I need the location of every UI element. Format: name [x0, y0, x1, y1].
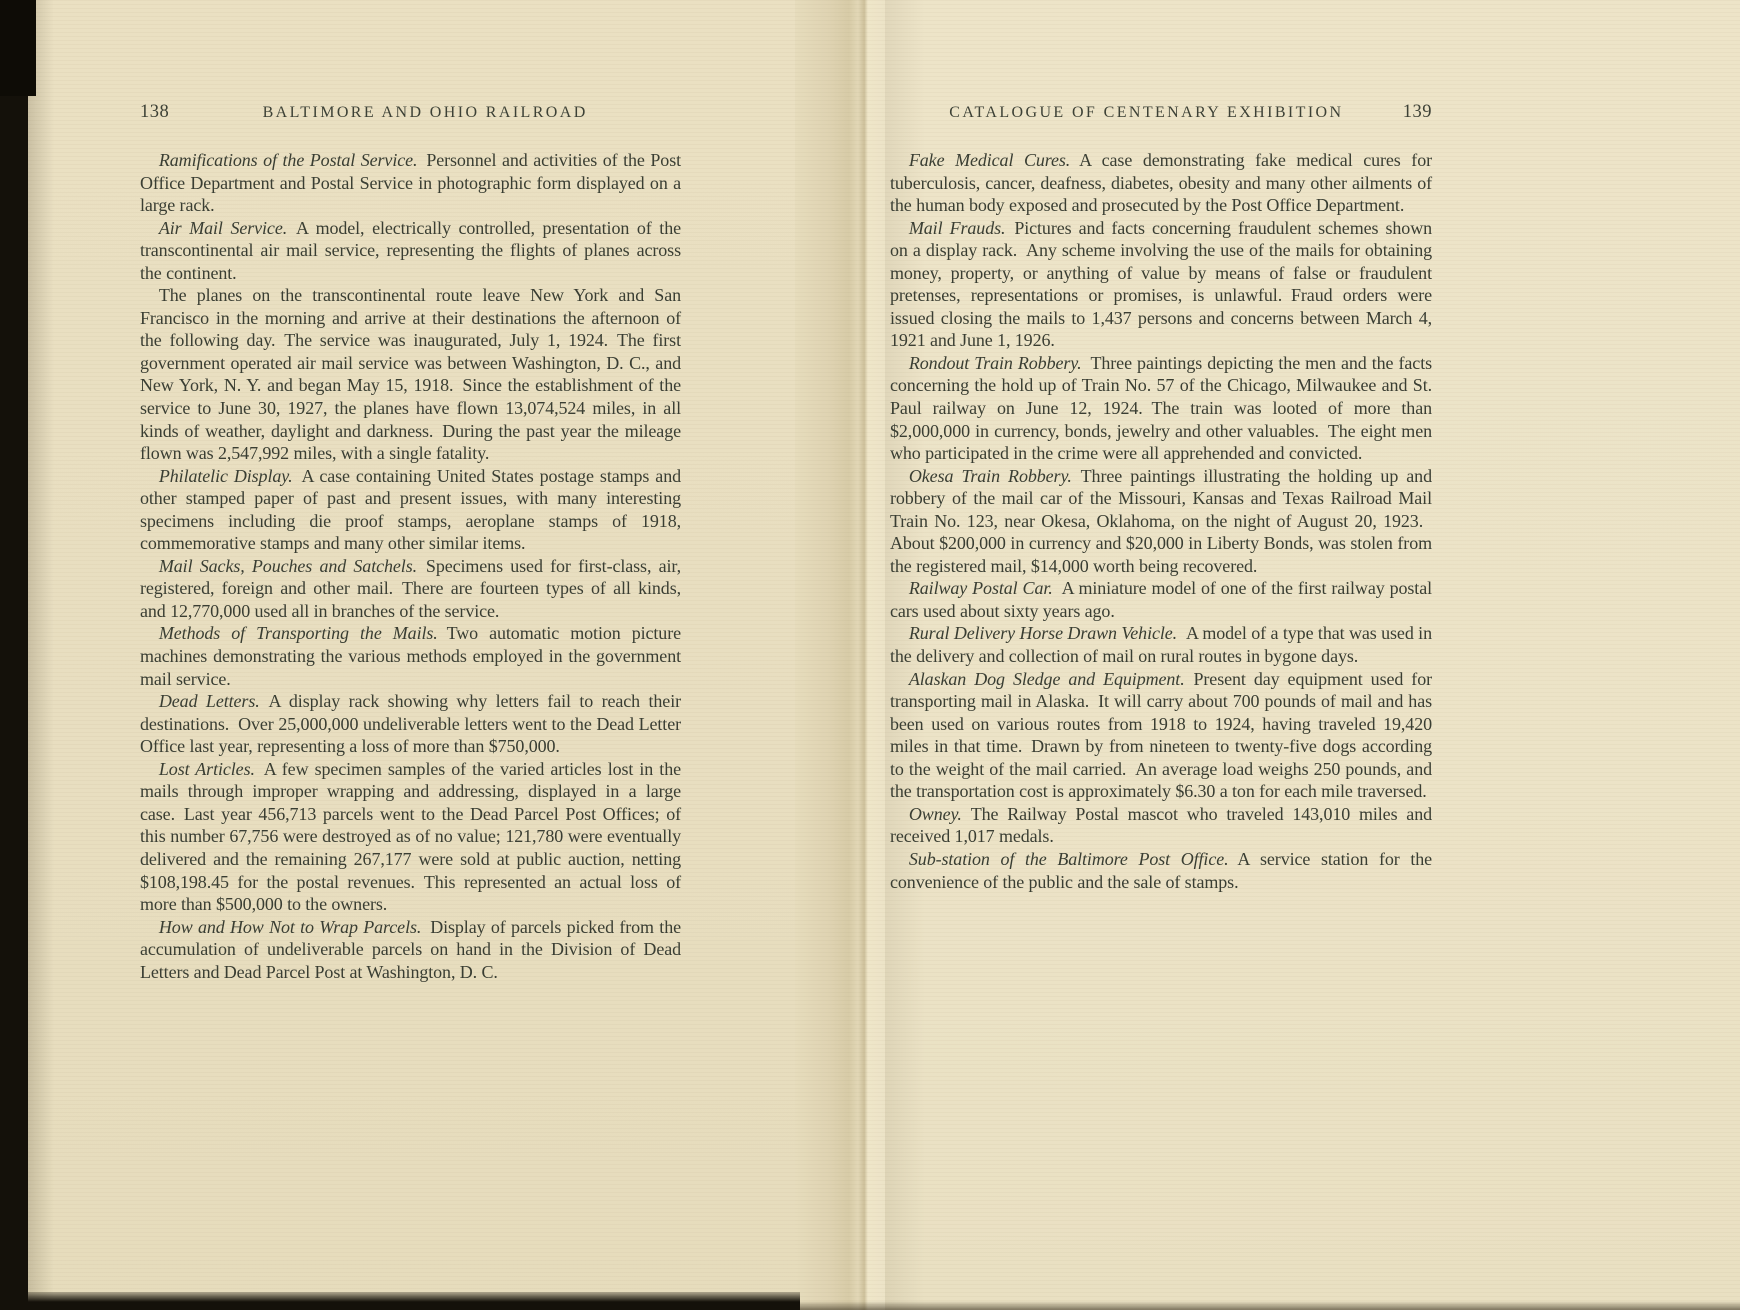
catalogue-entry: Lost Articles. A few specimen samples of… — [140, 758, 681, 916]
left-running-title: BALTIMORE AND OHIO RAILROAD — [169, 101, 681, 125]
catalogue-entry: Railway Postal Car. A miniature model of… — [890, 577, 1432, 622]
right-page-content: CATALOGUE OF CENTENARY EXHIBITION 139 Fa… — [890, 100, 1432, 893]
book-spread: 138 BALTIMORE AND OHIO RAILROAD Ramifica… — [0, 0, 1740, 1310]
entry-title: Dead Letters. — [159, 691, 260, 711]
entry-title: Rural Delivery Horse Drawn Vehicle. — [909, 623, 1177, 643]
scan-edge-top-left-corner — [0, 0, 36, 96]
scan-edge-left — [0, 0, 28, 1310]
catalogue-entry: Rural Delivery Horse Drawn Vehicle. A mo… — [890, 622, 1432, 667]
entry-title: Philatelic Display. — [159, 466, 293, 486]
entry-title: Alaskan Dog Sledge and Equipment. — [909, 669, 1185, 689]
catalogue-entry: Philatelic Display. A case containing Un… — [140, 465, 681, 555]
catalogue-entry: Sub-station of the Baltimore Post Office… — [890, 848, 1432, 893]
catalogue-entry: Owney. The Railway Postal mascot who tra… — [890, 803, 1432, 848]
entry-title: Ramifications of the Postal Service. — [159, 150, 418, 170]
left-page-content: 138 BALTIMORE AND OHIO RAILROAD Ramifica… — [140, 100, 681, 983]
page-gutter-fold — [795, 0, 885, 1310]
catalogue-entry: Mail Sacks, Pouches and Satchels. Specim… — [140, 555, 681, 623]
right-page-body: Fake Medical Cures. A case demonstrating… — [890, 149, 1432, 893]
entry-title: Sub-station of the Baltimore Post Office… — [909, 849, 1229, 869]
entry-title: How and How Not to Wrap Parcels. — [159, 917, 421, 937]
left-page-body: Ramifications of the Postal Service. Per… — [140, 149, 681, 983]
entry-title: Fake Medical Cures. — [909, 150, 1070, 170]
left-page-number: 138 — [140, 100, 169, 124]
catalogue-entry: Rondout Train Robbery. Three paintings d… — [890, 352, 1432, 465]
scan-edge-bottom-right — [800, 1301, 1740, 1310]
catalogue-entry: Methods of Transporting the Mails. Two a… — [140, 622, 681, 690]
entry-title: Rondout Train Robbery. — [909, 353, 1082, 373]
catalogue-entry: Fake Medical Cures. A case demonstrating… — [890, 149, 1432, 217]
entry-title: Mail Sacks, Pouches and Satchels. — [159, 556, 417, 576]
entry-title: Owney. — [909, 804, 962, 824]
entry-title: Railway Postal Car. — [909, 578, 1053, 598]
catalogue-entry: The planes on the transcontinental route… — [140, 284, 681, 464]
scan-edge-bottom-left — [0, 1292, 800, 1310]
entry-title: Mail Frauds. — [909, 218, 1006, 238]
left-running-head: 138 BALTIMORE AND OHIO RAILROAD — [140, 100, 681, 125]
catalogue-entry: Mail Frauds. Pictures and facts concerni… — [890, 217, 1432, 352]
catalogue-entry: Dead Letters. A display rack showing why… — [140, 690, 681, 758]
entry-title: Lost Articles. — [159, 759, 255, 779]
entry-title: Okesa Train Robbery. — [909, 466, 1072, 486]
right-running-title: CATALOGUE OF CENTENARY EXHIBITION — [890, 101, 1403, 125]
catalogue-entry: How and How Not to Wrap Parcels. Display… — [140, 916, 681, 984]
entry-title: Methods of Transporting the Mails. — [159, 623, 438, 643]
right-page-number: 139 — [1403, 100, 1432, 124]
catalogue-entry: Alaskan Dog Sledge and Equipment. Presen… — [890, 668, 1432, 803]
entry-title: Air Mail Service. — [159, 218, 287, 238]
catalogue-entry: Ramifications of the Postal Service. Per… — [140, 149, 681, 217]
catalogue-entry: Okesa Train Robbery. Three paintings ill… — [890, 465, 1432, 578]
right-running-head: CATALOGUE OF CENTENARY EXHIBITION 139 — [890, 100, 1432, 125]
catalogue-entry: Air Mail Service. A model, electrically … — [140, 217, 681, 285]
